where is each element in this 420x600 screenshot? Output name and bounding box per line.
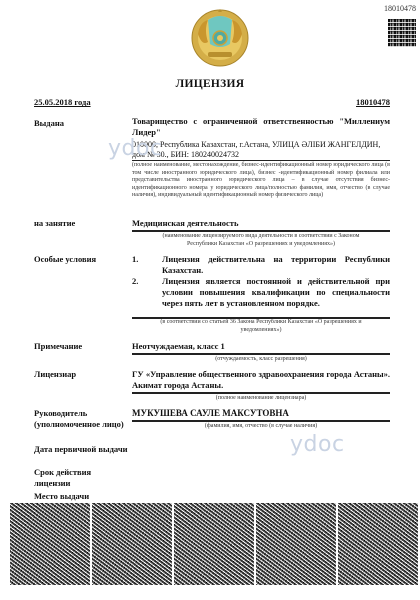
- activity-label: на занятие: [34, 218, 75, 229]
- place-of-issue-label: Место выдачи: [34, 491, 89, 502]
- special-conditions-list: 1. Лицензия действительна на территории …: [132, 254, 390, 309]
- first-issue-date-label: Дата первичной выдачи: [34, 444, 128, 455]
- issued-to-name: Товарищество с ограниченной ответственно…: [132, 116, 390, 138]
- note-label: Примечание: [34, 341, 82, 352]
- divider: [132, 420, 390, 422]
- head-value: МУКУШЕВА САУЛЕ МАКСУТОВНА: [132, 408, 390, 419]
- licensor-value: ГУ «Управление общественного здравоохран…: [132, 369, 390, 391]
- security-barcode: [10, 503, 90, 585]
- security-barcode: [338, 503, 418, 585]
- security-barcode: [256, 503, 336, 585]
- condition-text: Лицензия действительна на территории Рес…: [162, 254, 390, 276]
- validity-label: Срок действия лицензии: [34, 467, 91, 489]
- special-conditions-label: Особые условия: [34, 254, 96, 265]
- document-number-top: 18010478: [384, 4, 416, 13]
- licensor-hint: (полное наименование лицензиара): [132, 395, 390, 403]
- divider: [132, 230, 390, 232]
- condition-text: Лицензия является постоянной и действите…: [162, 276, 390, 309]
- note-value: Неотчуждаемая, класс 1: [132, 341, 390, 352]
- head-label-line1: Руководитель: [34, 408, 124, 419]
- divider: [132, 160, 390, 161]
- document-title: ЛИЦЕНЗИЯ: [0, 78, 420, 90]
- issued-to-address: 010000, Республика Казахстан, г.Астана, …: [132, 140, 390, 160]
- activity-value: Медицинская деятельность: [132, 218, 390, 229]
- special-conditions-hint: (в соответствии со статьей 36 Закона Рес…: [132, 319, 390, 334]
- condition-number: 2.: [132, 276, 162, 309]
- license-number: 18010478: [356, 97, 390, 107]
- validity-label-line1: Срок действия: [34, 467, 91, 478]
- head-label: Руководитель (уполномоченное лицо): [34, 408, 124, 430]
- activity-hint: (наименование лицензируемого вида деятел…: [132, 233, 390, 248]
- issued-to-label: Выдана: [34, 118, 64, 129]
- state-emblem-icon: [190, 8, 250, 68]
- watermark-logo: ydoc: [290, 432, 345, 457]
- head-label-line2: (уполномоченное лицо): [34, 419, 124, 430]
- condition-item: 1. Лицензия действительна на территории …: [132, 254, 390, 276]
- divider: [132, 392, 390, 394]
- security-barcode-strip: [10, 503, 420, 585]
- note-hint: (отчуждаемость, класс разрешения): [132, 356, 390, 364]
- head-hint: (фамилия, имя, отчество (в случае наличи…: [132, 423, 390, 431]
- qr-code: [388, 19, 416, 47]
- issued-to-hint: (полное наименование, местонахождение, б…: [132, 162, 390, 200]
- validity-label-line2: лицензии: [34, 478, 91, 489]
- licensor-label: Лицензиар: [34, 369, 76, 380]
- security-barcode: [174, 503, 254, 585]
- issue-date: 25.05.2018 года: [34, 97, 91, 107]
- divider: [132, 353, 390, 355]
- condition-number: 1.: [132, 254, 162, 276]
- condition-item: 2. Лицензия является постоянной и действ…: [132, 276, 390, 309]
- security-barcode: [92, 503, 172, 585]
- watermark-logo: ydoc: [108, 136, 163, 161]
